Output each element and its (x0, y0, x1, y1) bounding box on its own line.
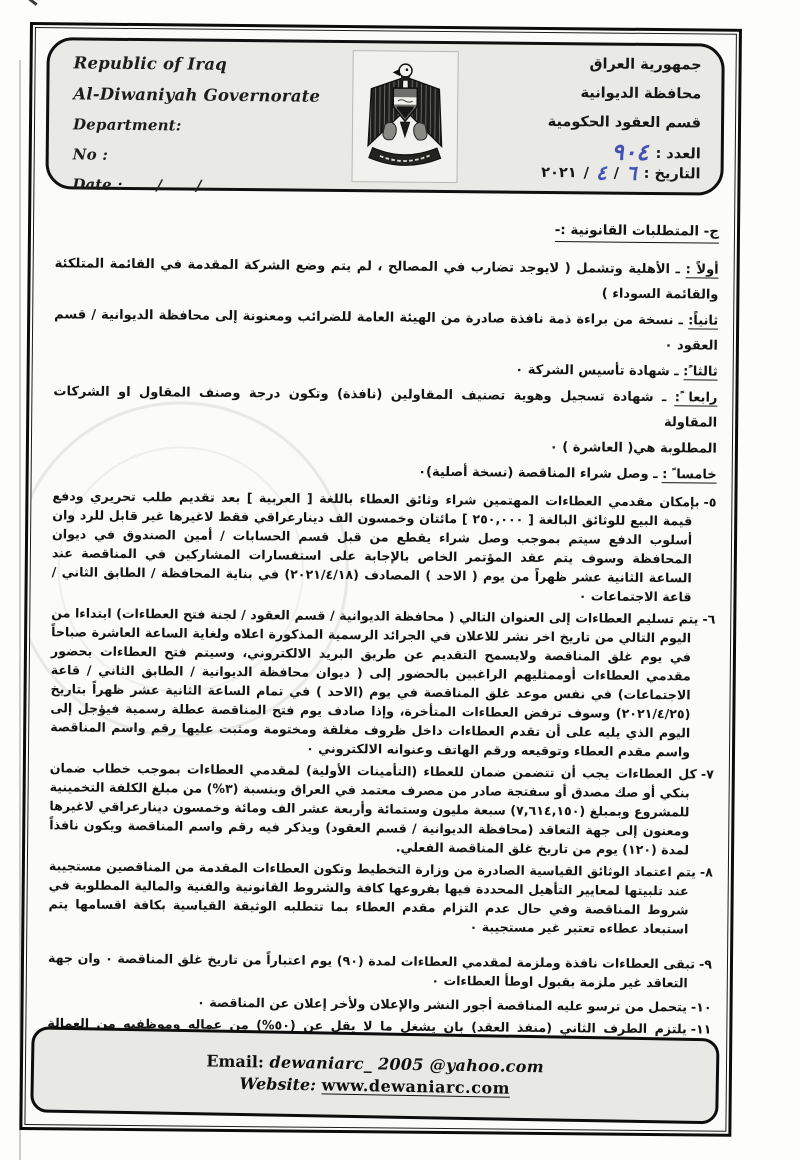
letterhead: Republic of Iraq Al-Diwaniyah Governorat… (45, 37, 724, 196)
clause-9: ٩-تبقى العطاءات نافذة وملزمة لمقدمي العط… (48, 948, 712, 992)
number-value-handwritten: ٩٠٤ (611, 146, 648, 160)
document-sheet: Republic of Iraq Al-Diwaniyah Governorat… (19, 22, 742, 1137)
clause-8: ٨-يتم اعتماد الوثائق القياسية الصادرة من… (48, 856, 713, 938)
clause-7: ٧-كل العطاءات يجب أن تتضمن ضمان للعطاء (… (49, 758, 714, 859)
scanned-document-page: { "colors":{"handwriting_blue":"#4350b4"… (0, 0, 800, 1160)
clause-6: ٦-يتم تسليم العطاءات إلى العنوان التالي … (50, 603, 715, 761)
website-label: Website: (239, 1074, 316, 1094)
date-line-en: Date : / / (72, 175, 340, 196)
date-day-handwritten: ٦ (626, 166, 637, 180)
website-line: Website: www.dewaniarc.com (239, 1073, 510, 1100)
document-body: ج- المتطلبات القانونية :- أولاً : ـ الأه… (37, 189, 723, 1076)
email-address: dewaniarc_ 2005 @yahoo.com (269, 1053, 544, 1077)
department-label-en: Department: (73, 115, 341, 136)
department-name-ar: قسم العقود الحكومية (477, 113, 701, 131)
letterhead-english: Republic of Iraq Al-Diwaniyah Governorat… (48, 40, 341, 189)
requirement-fourth: رابعا ً: ـ شهادة تسجيل وهوية تصنيف المقا… (53, 379, 717, 435)
clause-5: ٥-بإمكان مقدمي العطاءات المهتمين شراء وث… (51, 486, 716, 606)
iraq-eagle-emblem (351, 50, 458, 183)
governorate-name-en: Al-Diwaniyah Governorate (73, 84, 341, 106)
country-name-ar: جمهورية العراق (478, 55, 702, 73)
date-year: ٢٠٢١ (541, 165, 577, 181)
country-name-en: Republic of Iraq (74, 53, 342, 75)
website-address: www.dewaniarc.com (321, 1075, 510, 1097)
contact-footer: Email: dewaniarc_ 2005 @yahoo.com Websit… (30, 1026, 719, 1124)
document-date-row: التاريخ : ٦ / ٤ / ٢٠٢١ (477, 162, 701, 182)
number-label-ar: العدد : (655, 146, 700, 162)
clause-10: ١٠-يتحمل من ترسو عليه المناقصة أجور النش… (48, 991, 712, 1016)
section-title: ج- المتطلبات القانونية :- (555, 221, 719, 244)
scan-corner-artifact (12, 0, 37, 5)
number-label-en: No : (73, 145, 341, 166)
emblem-area (340, 43, 469, 190)
requirement-first: أولاً : ـ الأهلية وتشمل ( لايوجد تضارب ف… (54, 251, 718, 307)
document-number-row: العدد : ٩٠٤ (477, 142, 701, 162)
governorate-name-ar: محافظة الديوانية (477, 84, 701, 102)
date-label-ar: التاريخ : (644, 166, 701, 183)
requirement-fifth: خامسا ً : ـ وصل شراء المناقصة (نسخة أصلي… (53, 456, 717, 487)
letterhead-arabic: جمهورية العراق محافظة الديوانية قسم العق… (468, 44, 721, 192)
date-month-handwritten: ٤ (596, 165, 607, 179)
inner-border: Republic of Iraq Al-Diwaniyah Governorat… (24, 27, 737, 1132)
requirement-second: ثانياً: ـ نسخة من براءة ذمة نافذة صادرة … (54, 302, 718, 358)
email-label: Email: (206, 1051, 264, 1071)
